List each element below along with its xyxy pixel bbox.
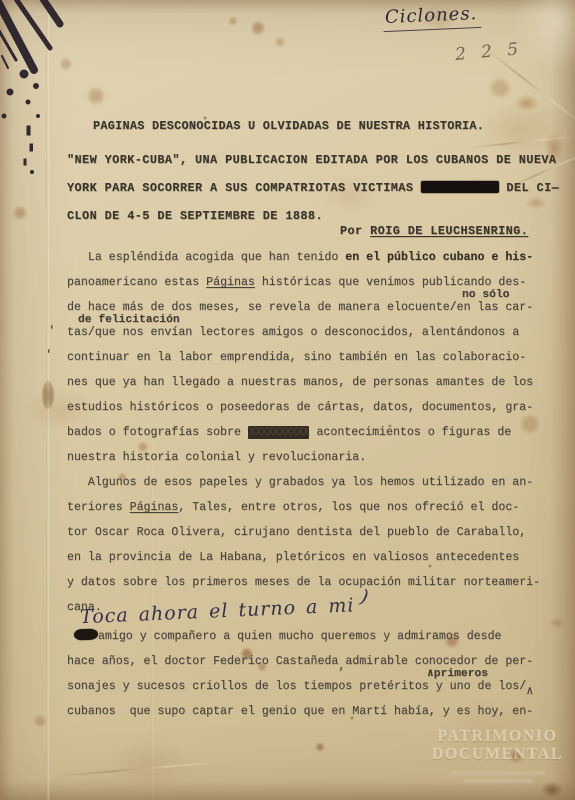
crease-line [55,761,225,778]
typed-line: teriores Páginas, Tales, entre otros, lo… [67,495,562,520]
interline-insertion: ∧primeros [427,662,488,687]
watermark-line2: DOCUMENTAL [425,746,570,764]
typed-text: La espléndida acogida que han tenido [67,251,345,264]
handwritten-corner-note: Ciclones. [383,3,482,32]
typed-text: nuestra historia colonial y revolucionar… [67,451,366,464]
watermark-small-line [463,779,533,783]
byline-prefix: Por [340,224,370,238]
body-text: La espléndida acogida que han tenido en … [67,245,562,724]
typed-text: , Tales, entre otros, los que nos ofreci… [178,501,519,514]
byline: Por ROIG DE LEUCHSENRING. [340,224,528,238]
typed-text: CLON DE 4-5 DE SEPTIEMBRE DE 1888. [67,209,323,223]
redaction-block [421,181,499,193]
typed-line: amigo y compañero a quien mucho queremos… [67,624,562,649]
typed-line: nes que ya han llegado a nuestras manos,… [67,370,562,395]
typed-line: tor Oscar Roca Olivera, cirujano dentist… [67,520,562,545]
interline-insertion: de felicitación [78,308,180,333]
typed-text [67,630,74,643]
typed-line: bados o fotografías sobre XXXXXXXXXX aco… [67,420,562,445]
typed-text: Algunos de esos papeles y grabados ya lo… [67,476,533,489]
typed-line: cubanos que supo captar el genio que en … [67,699,562,724]
typed-line: nuestra historia colonial y revolucionar… [67,445,562,470]
typed-line: La espléndida acogida que han tenido en … [67,245,562,270]
document-title: PAGINAS DESCONOCIDAS U OLVIDADAS DE NUES… [93,119,559,133]
typed-text: en la provincia de La Habana, pletóricos… [67,551,519,564]
embossed-watermark: PATRIMONIO DOCUMENTAL [425,728,570,783]
typed-line: Algunos de esos papeles y grabados ya lo… [67,470,562,495]
margin-pen-mark: ʻ [48,322,56,341]
document-subtitle: "NEW YORK-CUBA", UNA PUBLICACION EDITADA… [67,146,559,230]
paragraph: La espléndida acogida que han tenido en … [67,245,562,470]
underlined-text: Páginas [130,501,179,514]
margin-pen-mark: ʻ [45,346,53,365]
underlined-text: Páginas [206,276,255,289]
typed-text: hace años, el doctor Federico Castañeda [67,655,338,668]
interline-insertion: no sólo [462,283,509,308]
typed-text: y datos sobre los primeros meses de la o… [67,576,540,589]
typed-text: estudios históricos o poseedoras de cárt… [67,401,533,414]
crumpled-corner-highlight [515,0,575,72]
x-strikeout: XXXXXXXXXX [248,426,310,439]
watermark-line1: PATRIMONIO [425,728,570,746]
typed-line: en la provincia de La Habana, pletóricos… [67,545,562,570]
typed-line: YORK PARA SOCORRER A SUS COMPATRIOTAS VI… [67,174,559,202]
typed-text: continuar en la labor emprendida, sino t… [67,351,526,364]
typed-line: estudios históricos o poseedoras de cárt… [67,395,562,420]
typed-text: acontecimientos o figuras de [309,426,511,439]
page-number: 2 2 5 [454,39,524,65]
heading-block: PAGINAS DESCONOCIDAS U OLVIDADAS DE NUES… [67,119,559,230]
typed-text: teriores [67,501,130,514]
typed-line: "NEW YORK-CUBA", UNA PUBLICACION EDITADA… [67,146,559,174]
typed-line: de felicitacióntas/que nos envían lector… [67,320,562,345]
watermark-small-line [450,771,546,775]
typed-line: continuar en la labor emprendida, sino t… [67,345,562,370]
typed-text: DEL CI— [499,181,559,195]
typed-text: YORK PARA SOCORRER A SUS COMPATRIOTAS VI… [67,181,421,195]
typed-text: "NEW YORK-CUBA", UNA PUBLICACION EDITADA… [67,153,556,167]
document-page: ʻ ʻ Ciclones. 2 2 5 PAGINAS DESCONOCIDAS… [0,0,575,800]
byline-author: ROIG DE LEUCHSENRING. [370,224,528,238]
typed-line: ∧primerossonajes y sucesos criollos de l… [67,674,562,699]
paragraph: amigo y compañero a quien mucho queremos… [67,624,562,724]
typed-text: amigo y compañero a quien mucho queremos… [98,630,502,643]
typed-text: en el público cubano e his- [345,251,533,264]
typed-text: cubanos que supo captar el genio que en … [67,705,533,718]
ink-strikeout-blot [74,629,98,641]
typed-text: panoamericano estas [67,276,206,289]
typed-text: bados o fotografías sobre [67,426,248,439]
typed-line: y datos sobre los primeros meses de la o… [67,570,562,595]
typed-text: tor Oscar Roca Olivera, cirujano dentist… [67,526,526,539]
typed-text: nes que ya han llegado a nuestras manos,… [67,376,533,389]
